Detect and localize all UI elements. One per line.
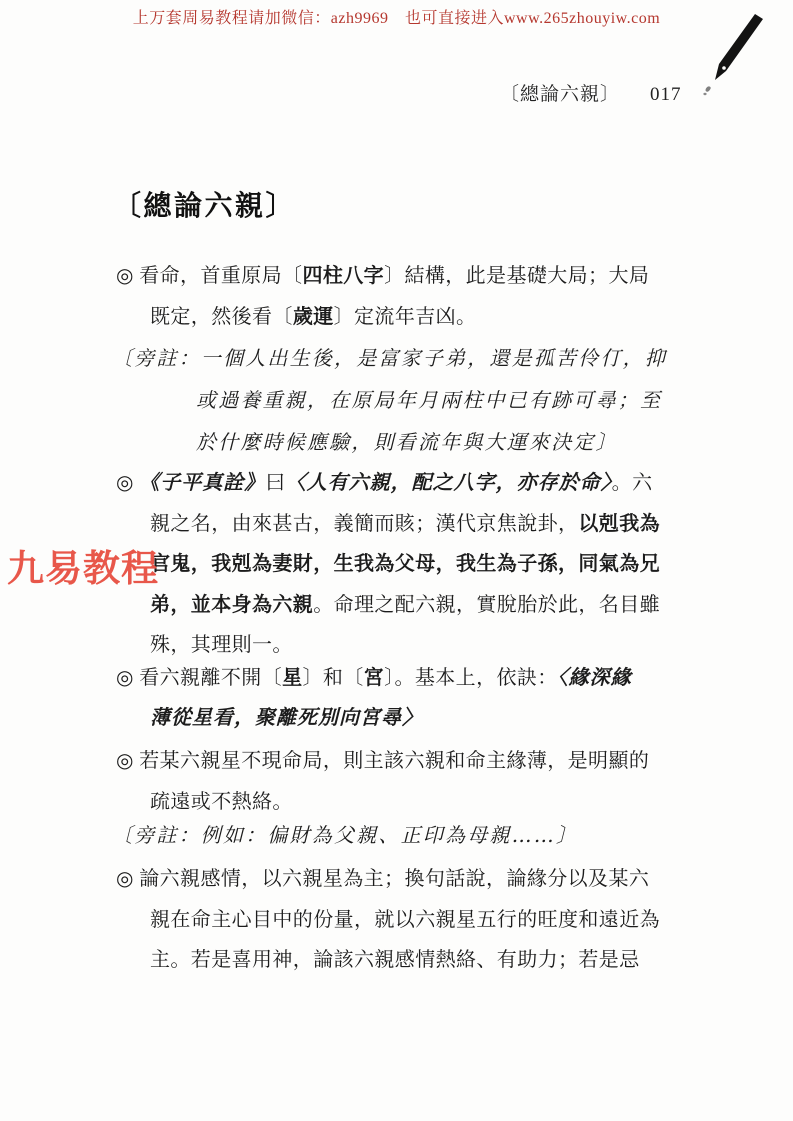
text-segment: 〕和〔 (302, 667, 363, 689)
text-segment: ◎ 論六親感情，以六親星為主；換句話說，論緣分以及某六 (116, 868, 649, 890)
text-line: 〔旁註：一個人出生後，是富家子弟，還是孤苦伶仃，抑 (112, 342, 667, 371)
text-line: 疏遠或不熱絡。 (150, 785, 293, 814)
text-segment: 既定，然後看〔 (150, 306, 293, 328)
text-line: 弟，並本身為六親。命理之配六親，實脫胎於此，名目雖 (150, 588, 660, 617)
text-segment: ◎ (116, 472, 139, 494)
text-segment: 殊，其理則一。 (150, 634, 293, 656)
text-segment: 宮 (364, 667, 384, 689)
text-segment: 歲運 (293, 306, 334, 328)
text-segment: 薄從星看，聚離死別向宮尋〉 (150, 705, 423, 729)
text-segment: 曰 (265, 472, 285, 494)
text-line: 或過養重親，在原局年月兩柱中已有跡可尋；至 (196, 384, 662, 413)
text-line: 殊，其理則一。 (150, 628, 293, 657)
text-segment: 於什麼時候應驗，則看流年與大運來決定〕 (196, 430, 618, 454)
text-line: 既定，然後看〔歲運〕定流年吉凶。 (150, 300, 476, 329)
text-line: ◎ 若某六親星不現命局，則主該六親和命主緣薄，是明顯的 (116, 744, 649, 773)
text-segment: 星 (282, 667, 302, 689)
text-line: 主。若是喜用神，論該六親感情熱絡、有助力；若是忌 (150, 943, 640, 972)
text-line: ◎ 看命，首重原局〔四柱八字〕結構，此是基礎大局；大局 (116, 259, 649, 288)
text-segment: 。命理之配六親，實脫胎於此，名目雖 (313, 594, 660, 616)
text-segment: 或過養重親，在原局年月兩柱中已有跡可尋；至 (196, 388, 662, 412)
text-segment: 〔旁註：一個人出生後，是富家子弟，還是孤苦伶仃，抑 (112, 346, 667, 370)
text-segment: ◎ 看命，首重原局〔 (116, 265, 302, 287)
text-segment: ◎ 若某六親星不現命局，則主該六親和命主緣薄，是明顯的 (116, 750, 649, 772)
text-line: ◎ 《子平真詮》曰〈人有六親，配之八字，亦存於命〉。六 (116, 466, 652, 495)
text-segment: 親在命主心目中的份量，就以六親星五行的旺度和遠近為 (150, 909, 660, 931)
text-segment: 〕。基本上，依訣： (384, 667, 558, 689)
text-line: ◎ 論六親感情，以六親星為主；換句話說，論緣分以及某六 (116, 862, 649, 891)
text-line: 親在命主心目中的份量，就以六親星五行的旺度和遠近為 (150, 903, 660, 932)
text-line: 親之名，由來甚古，義簡而賅；漢代京焦說卦，以剋我為 (150, 507, 660, 536)
scanned-book-page: 上万套周易教程请加微信：azh9969 也可直接进入www.265zhouyiw… (0, 0, 793, 1121)
watermark-text: 九易教程 (7, 538, 159, 592)
text-segment: 。六 (612, 472, 653, 494)
text-segment: 官鬼，我剋為妻財，生我為父母，我生為子孫，同氣為兄 (150, 553, 660, 575)
text-segment: ◎ 看六親離不開〔 (116, 667, 282, 689)
text-segment: 〔旁註：例如：偏財為父親、正印為母親……〕 (112, 823, 578, 847)
text-segment: 〈緣深緣 (558, 665, 632, 689)
text-segment: 以剋我為 (578, 513, 660, 535)
text-segment: 《子平真詮》 (139, 470, 265, 494)
text-segment: 〈人有六親，配之八字，亦存於命〉 (286, 470, 612, 494)
text-segment: 〕結構，此是基礎大局；大局 (384, 265, 649, 287)
text-segment: 疏遠或不熱絡。 (150, 791, 293, 813)
text-segment: 親之名，由來甚古，義簡而賅；漢代京焦說卦， (150, 513, 578, 535)
text-line: 於什麼時候應驗，則看流年與大運來決定〕 (196, 426, 618, 455)
text-segment: 弟，並本身為六親 (150, 594, 313, 616)
text-line: ◎ 看六親離不開〔星〕和〔宮〕。基本上，依訣：〈緣深緣 (116, 661, 632, 690)
text-line: 官鬼，我剋為妻財，生我為父母，我生為子孫，同氣為兄 (150, 547, 660, 576)
text-line: 〔旁註：例如：偏財為父親、正印為母親……〕 (112, 819, 578, 848)
text-line: 薄從星看，聚離死別向宮尋〉 (150, 701, 423, 730)
text-segment: 〕定流年吉凶。 (334, 306, 477, 328)
text-segment: 四柱八字 (302, 265, 384, 287)
text-segment: 主。若是喜用神，論該六親感情熱絡、有助力；若是忌 (150, 949, 640, 971)
